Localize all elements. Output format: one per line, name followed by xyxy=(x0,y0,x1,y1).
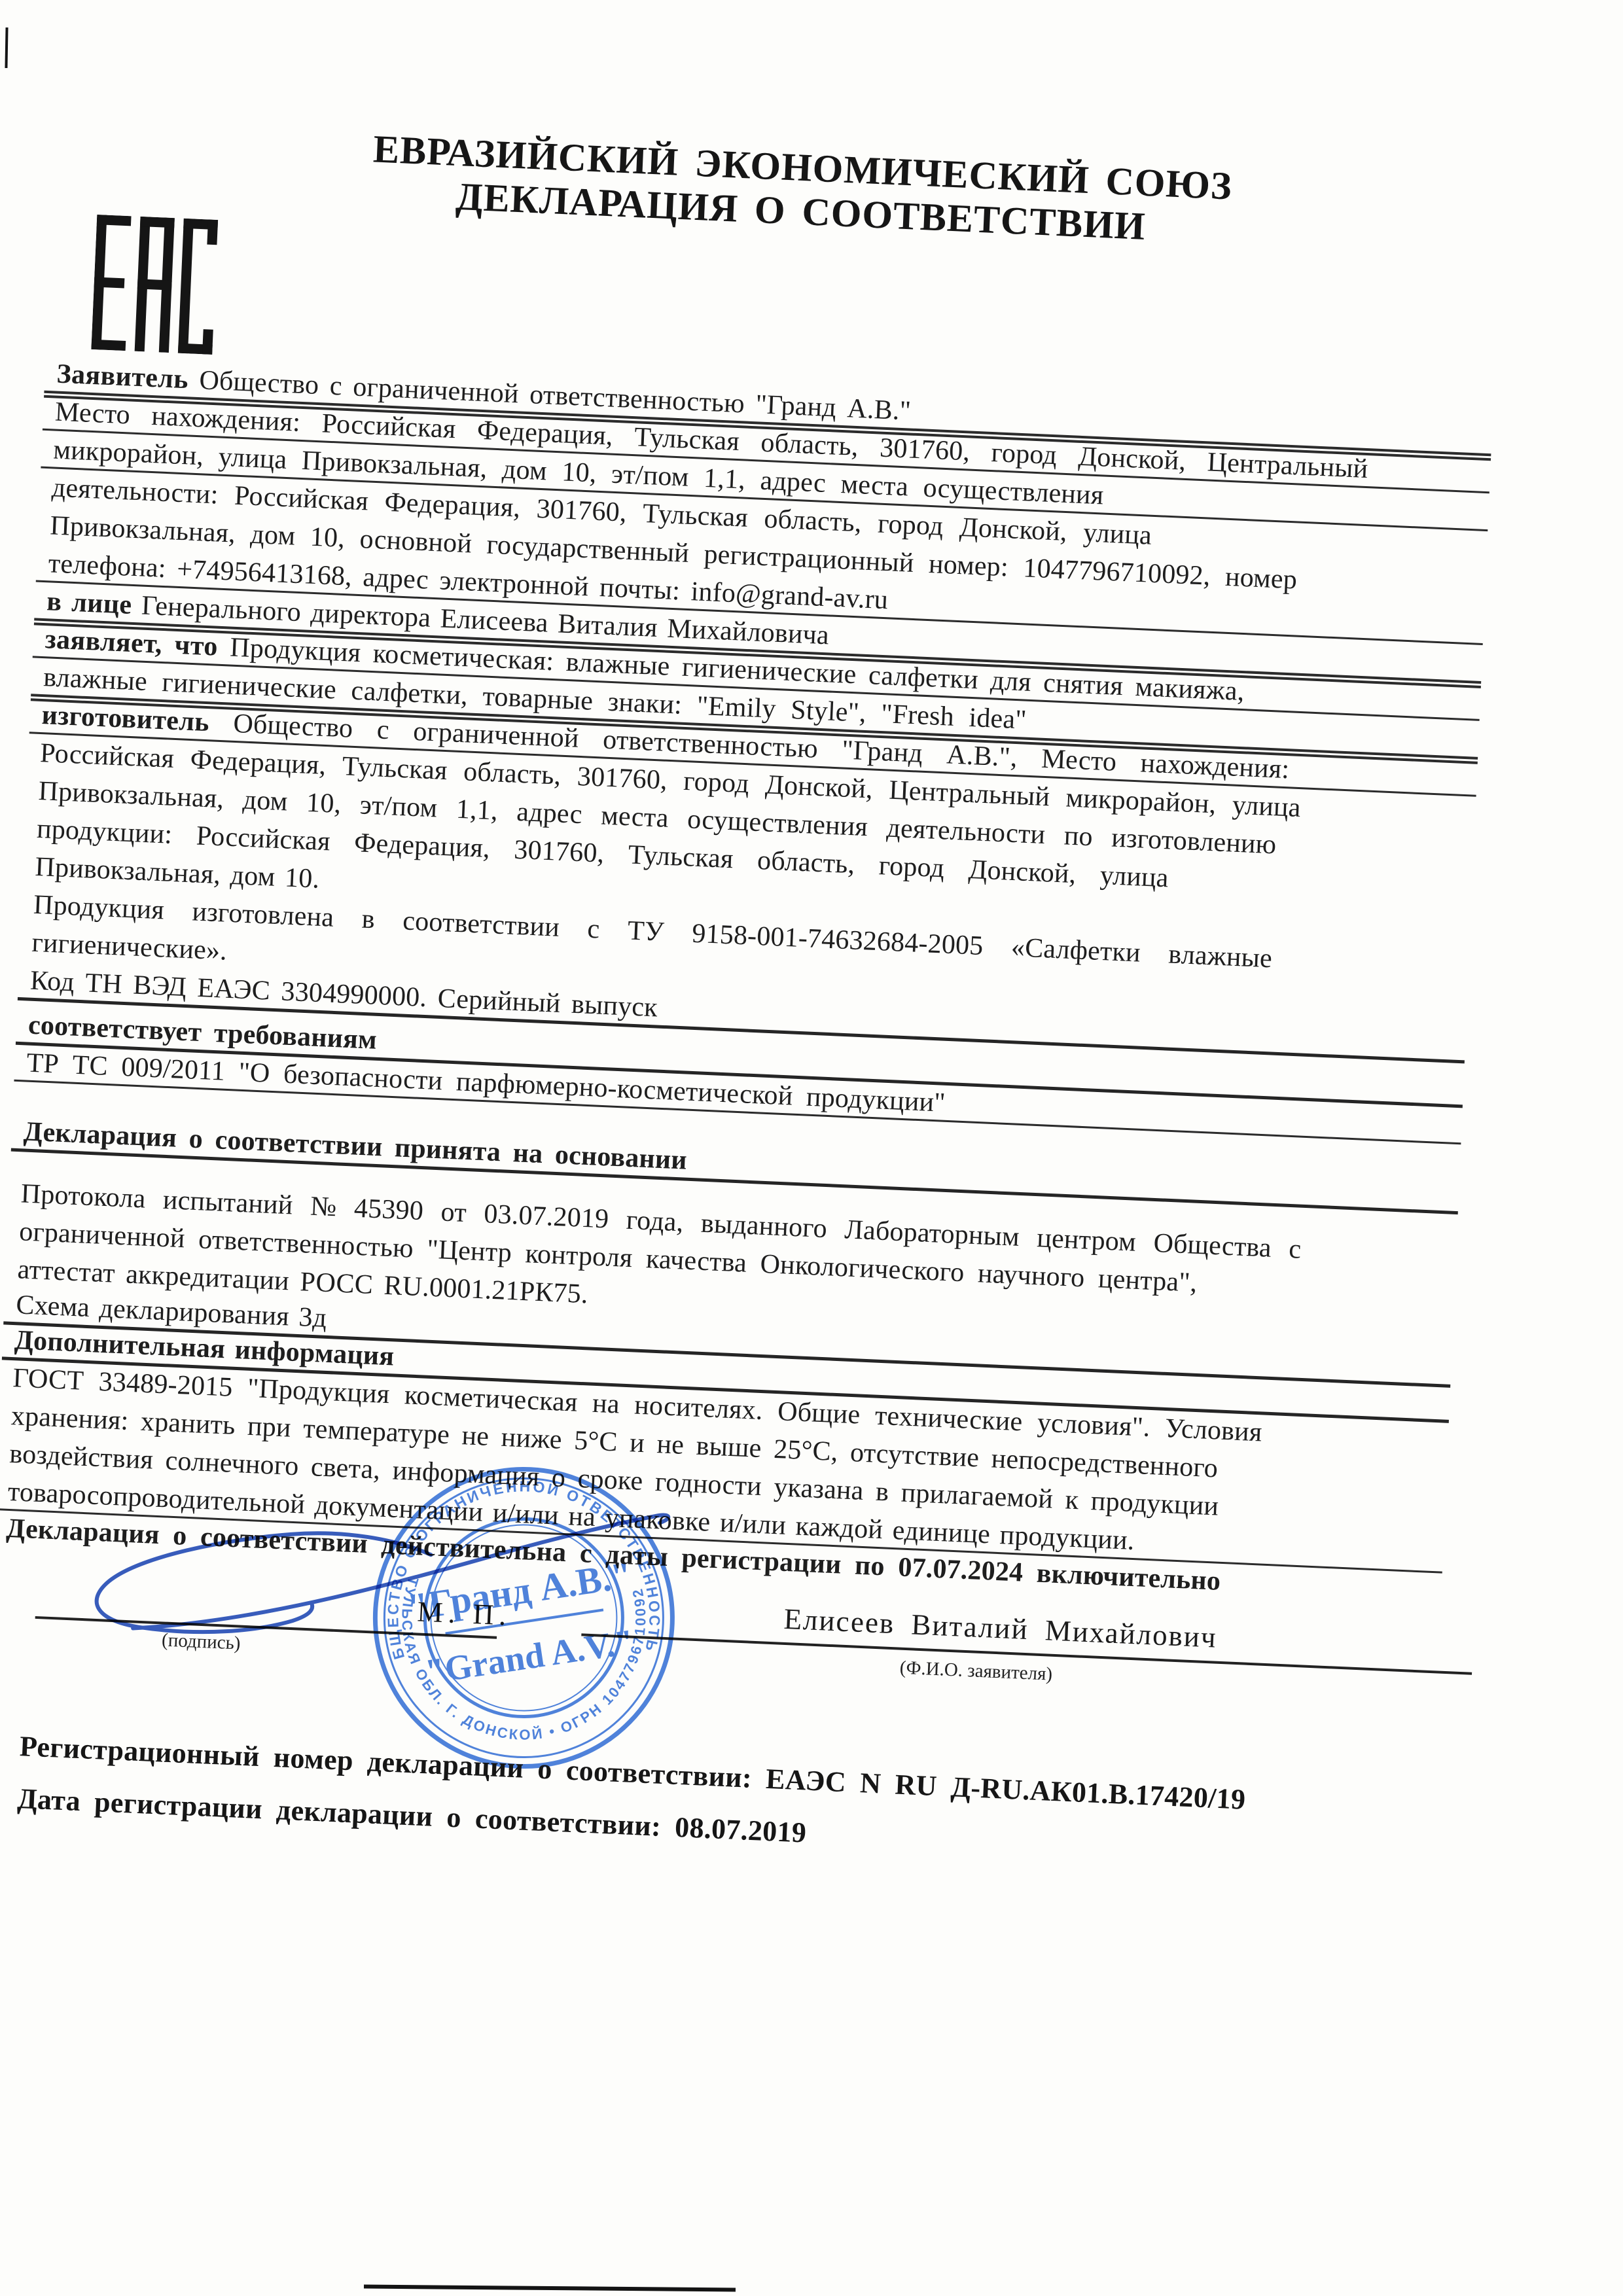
scanned-sheet: ЕВРАЗИЙСКИЙ ЭКОНОМИЧЕСКИЙ СОЮЗ ДЕКЛАРАЦИ… xyxy=(0,98,1550,1981)
scan-artifact-left-edge xyxy=(5,27,8,68)
field-label: изготовитель xyxy=(41,700,210,737)
name-caption: (Ф.И.О. заявителя) xyxy=(835,1654,1117,1688)
field-label: в лице xyxy=(46,586,132,620)
eac-mark-logo xyxy=(91,215,219,355)
scan-artifact-bottom-edge xyxy=(364,2285,736,2292)
document-title: ЕВРАЗИЙСКИЙ ЭКОНОМИЧЕСКИЙ СОЮЗ ДЕКЛАРАЦИ… xyxy=(310,124,1294,255)
field-label: заявляет, что xyxy=(45,624,219,662)
document-page: ЕВРАЗИЙСКИЙ ЭКОНОМИЧЕСКИЙ СОЮЗ ДЕКЛАРАЦИ… xyxy=(0,0,1623,2296)
handwritten-signature xyxy=(23,1460,725,1700)
field-label: Заявитель xyxy=(56,359,189,395)
